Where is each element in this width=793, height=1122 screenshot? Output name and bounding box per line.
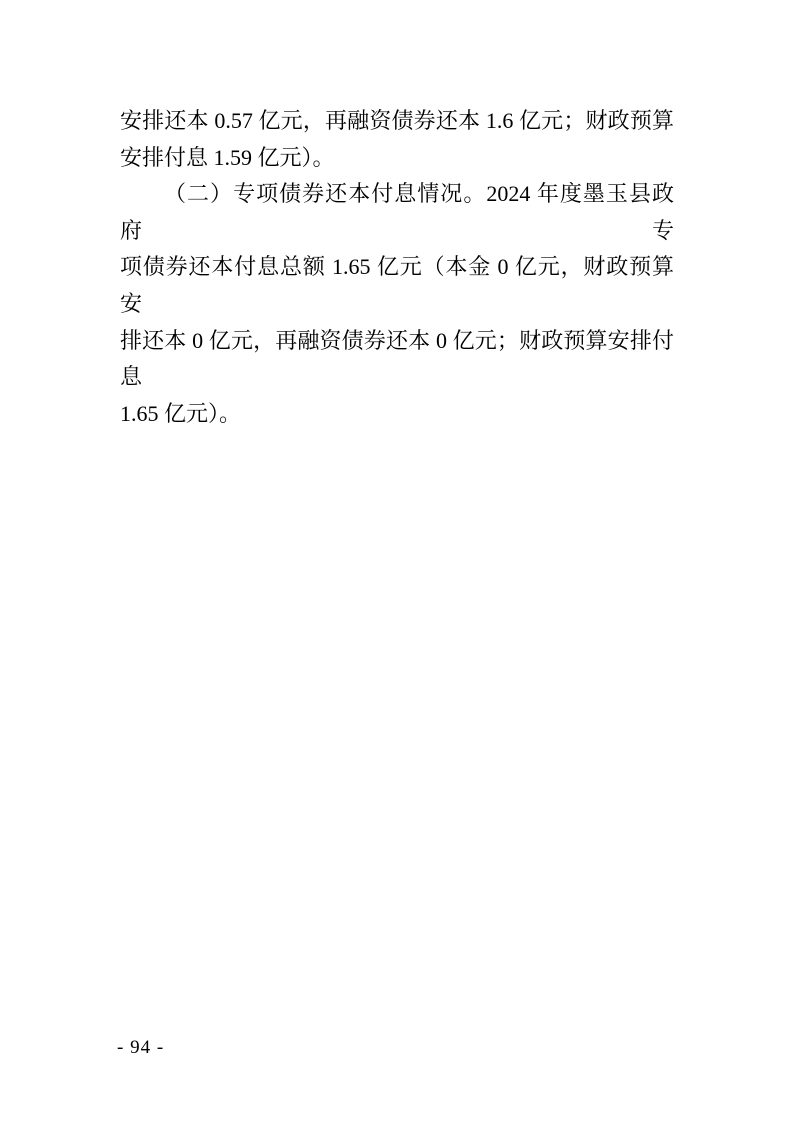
paragraph-general-debt: 安排还本 0.57 亿元，再融资债券还本 1.6 亿元；财政预算 安排付息 1.… xyxy=(120,103,674,176)
document-page: 安排还本 0.57 亿元，再融资债券还本 1.6 亿元；财政预算 安排付息 1.… xyxy=(0,0,793,1122)
text-line: 1.65 亿元）。 xyxy=(120,396,674,433)
text-line: 安排付息 1.59 亿元）。 xyxy=(120,140,674,177)
text-line: 项债券还本付息总额 1.65 亿元（本金 0 亿元，财政预算安 xyxy=(120,249,674,322)
paragraph-special-debt: （二）专项债券还本付息情况。2024 年度墨玉县政府专 项债券还本付息总额 1.… xyxy=(120,176,674,432)
body-text: 安排还本 0.57 亿元，再融资债券还本 1.6 亿元；财政预算 安排付息 1.… xyxy=(120,103,674,432)
text-line: （二）专项债券还本付息情况。2024 年度墨玉县政府专 xyxy=(120,176,674,249)
text-line: 安排还本 0.57 亿元，再融资债券还本 1.6 亿元；财政预算 xyxy=(120,103,674,140)
text-line: 排还本 0 亿元，再融资债券还本 0 亿元；财政预算安排付息 xyxy=(120,323,674,396)
page-number: - 94 - xyxy=(117,1036,164,1060)
